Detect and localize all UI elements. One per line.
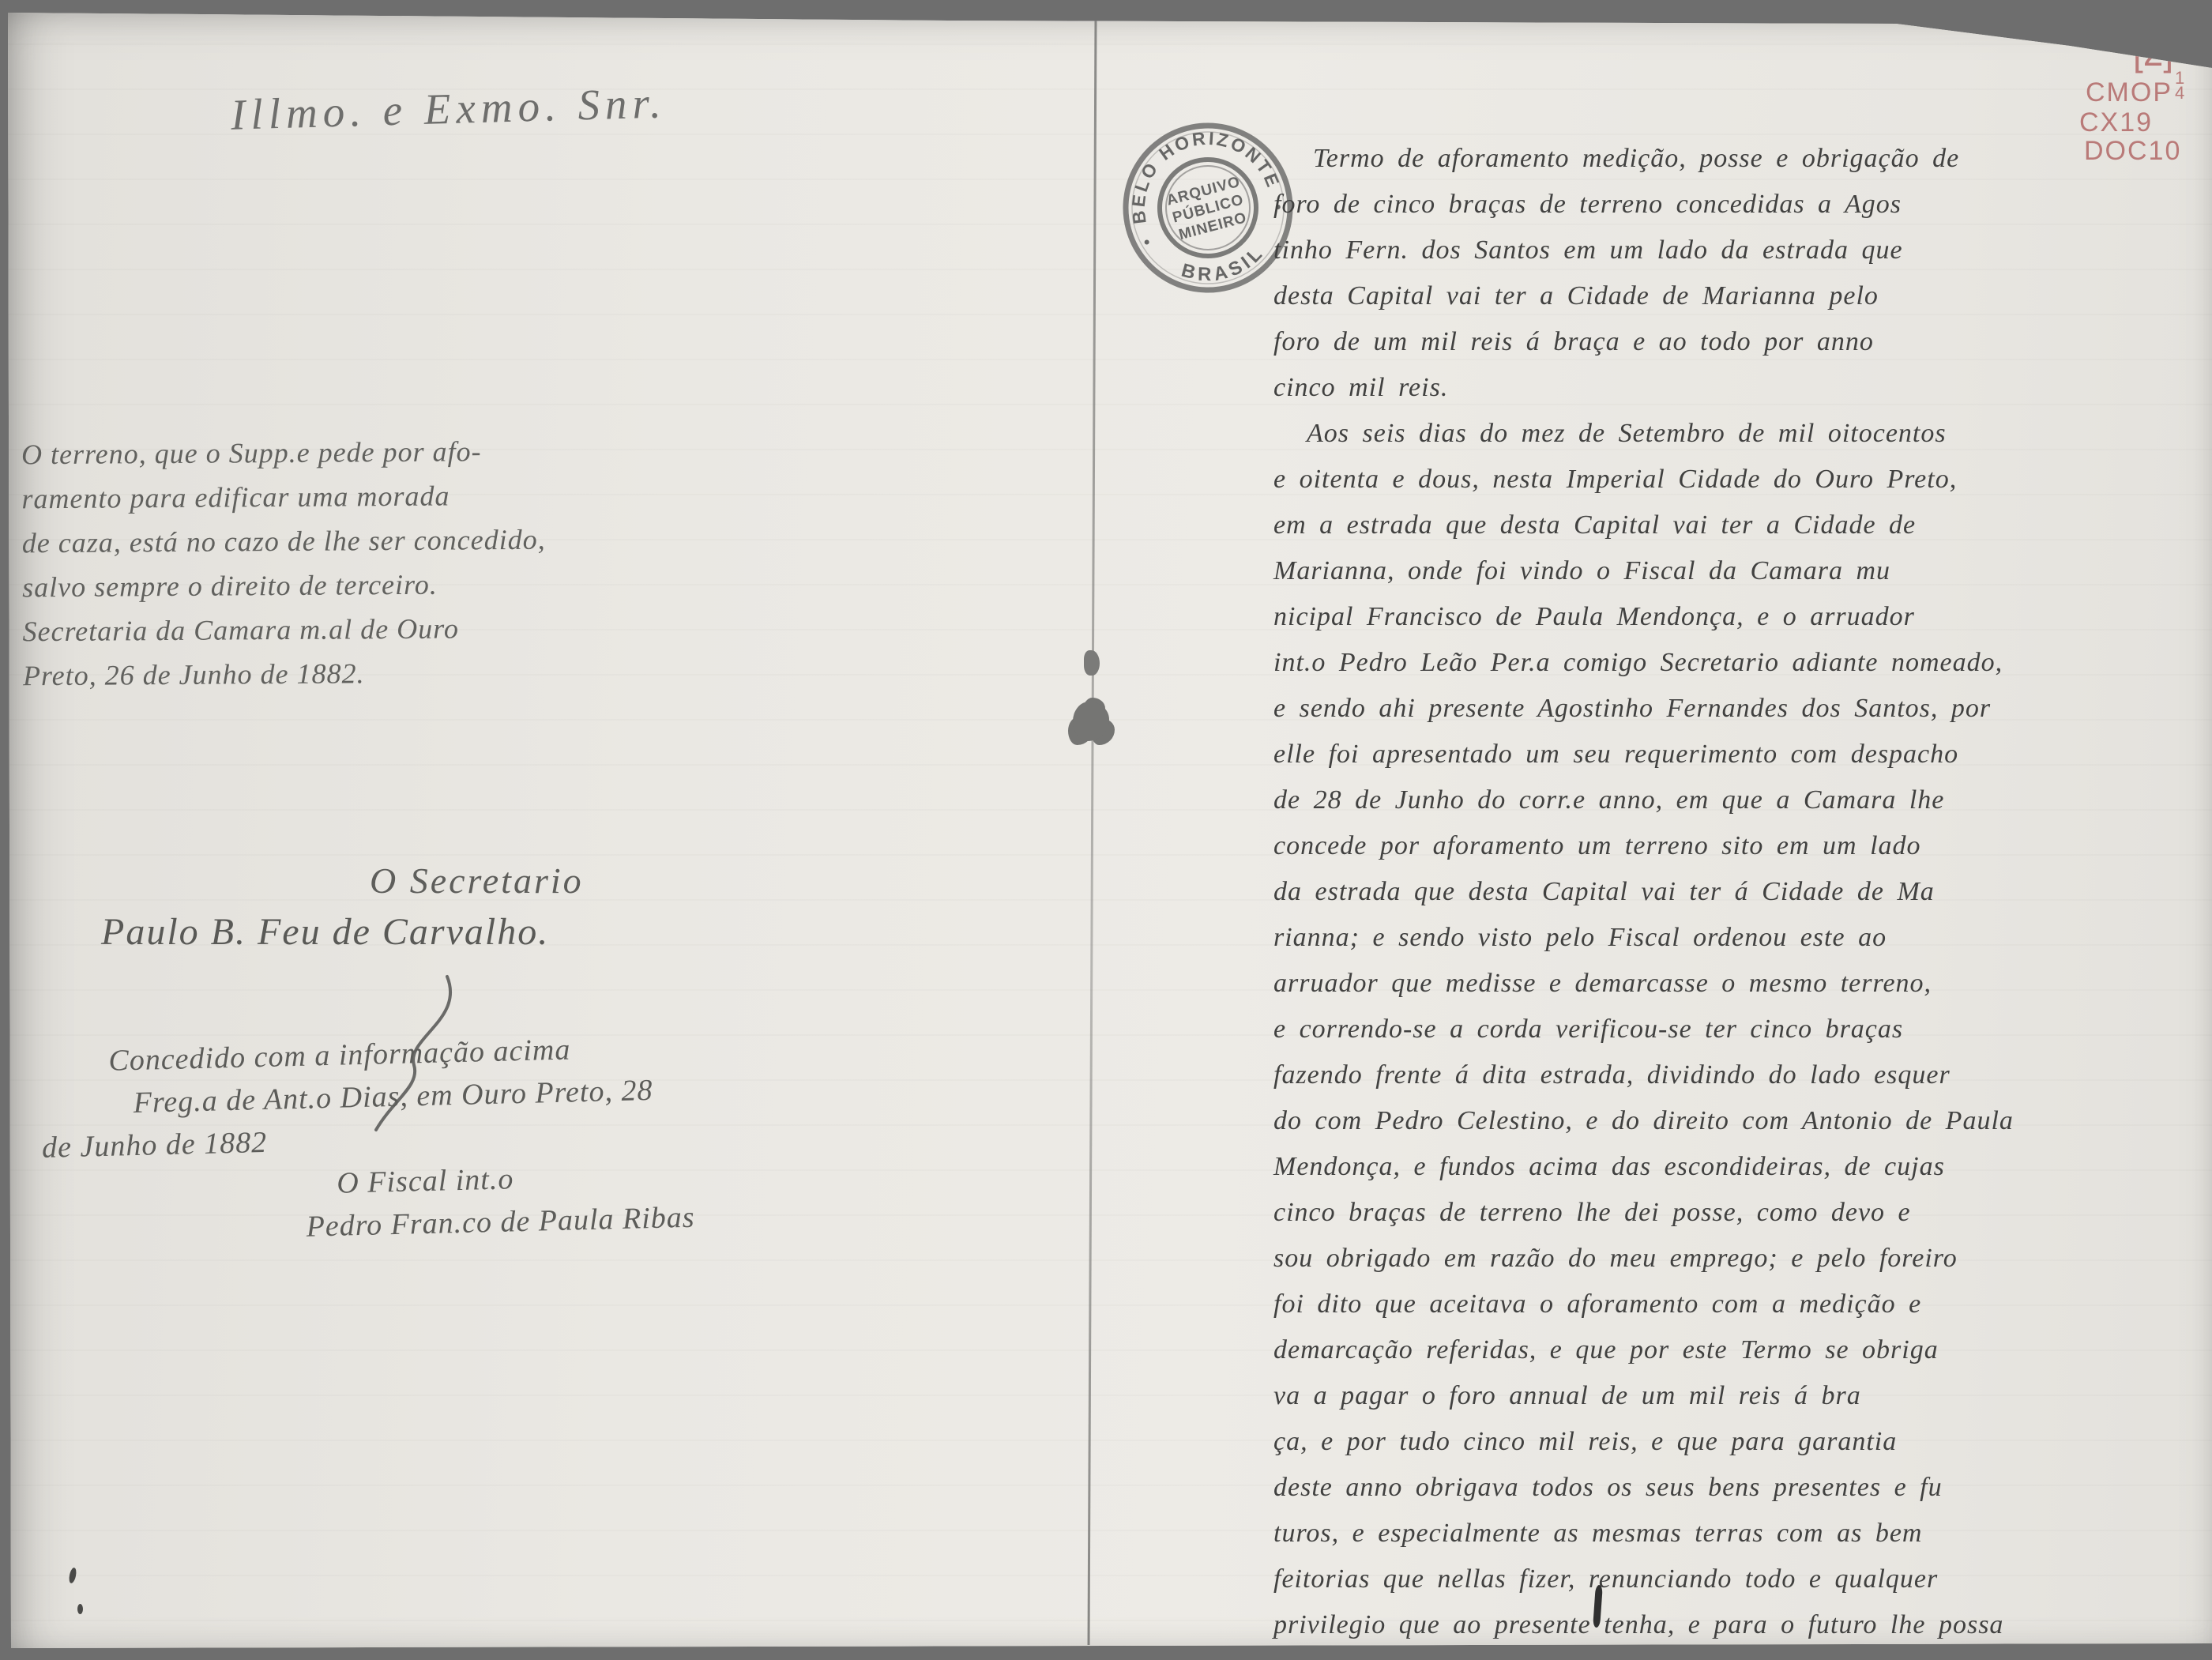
term-line: arruador que medisse e demarcasse o mesm… (1273, 961, 2014, 1007)
term-line: nicipal Francisco de Paula Mendonça, e o… (1273, 594, 2014, 640)
term-line: do com Pedro Celestino, e do direito com… (1273, 1098, 2014, 1144)
term-line: cinco mil reis. (1273, 365, 2014, 411)
term-line: da estrada que desta Capital vai ter á C… (1273, 869, 2014, 915)
opinion-paragraph: O terreno, que o Supp.e pede por afo-ram… (21, 429, 547, 698)
term-line: elle foi apresentado um seu requerimento… (1273, 732, 2014, 777)
term-line: foro de um mil reis á braça e ao todo po… (1273, 319, 2014, 365)
term-line: Termo de aforamento medição, posse e obr… (1273, 136, 2014, 182)
term-line: rianna; e sendo visto pelo Fiscal ordeno… (1273, 915, 2014, 961)
term-line: tinho Fern. dos Santos em um lado da est… (1273, 228, 2014, 273)
collection-code: CMOP (2086, 77, 2172, 107)
term-line: int.o Pedro Leão Per.a comigo Secretario… (1273, 640, 2014, 686)
term-line: cinco braças de terreno lhe dei posse, c… (1273, 1190, 2014, 1236)
ink-blot-small (1084, 650, 1100, 676)
ink-speck (77, 1604, 83, 1614)
term-line: e oitenta e dous, nesta Imperial Cidade … (1273, 457, 2014, 503)
term-line: demarcação referidas, e que por este Ter… (1273, 1327, 2014, 1373)
opinion-line: ramento para edificar uma morada (21, 473, 545, 521)
opinion-line: Secretaria da Camara m.al de Ouro (22, 606, 546, 654)
opinion-line: Preto, 26 de Junho de 1882. (23, 650, 547, 698)
term-line: foro de cinco braças de terreno concedid… (1273, 182, 2014, 228)
term-line: feitorias que nellas fizer, renunciando … (1273, 1556, 2014, 1602)
term-line: desta Capital vai ter a Cidade de Marian… (1273, 273, 2014, 319)
term-line: va a pagar o foro annual de um mil reis … (1273, 1373, 2014, 1419)
term-line: ça, e por tudo cinco mil reis, e que par… (1273, 1419, 2014, 1465)
stamp-dot-left (1144, 239, 1149, 245)
term-line: turos, e especialmente as mesmas terras … (1273, 1511, 2014, 1556)
document-paper: Illmo. e Exmo. Snr. O terreno, que o Sup… (0, 0, 2212, 1660)
doc-mark: DOC10 (2084, 136, 2181, 167)
dispatch-note: Concedido com a informação acimaFreg.a d… (25, 1026, 695, 1255)
term-line: deste anno obrigava todos os seus bens p… (1273, 1465, 2014, 1511)
secretary-signature: Paulo B. Feu de Carvalho. (101, 910, 549, 954)
term-line: privilegio que ao presente tenha, e para… (1273, 1602, 2014, 1648)
term-line: e correndo-se a corda verificou-se ter c… (1273, 1007, 2014, 1052)
page-number-mark: [2] (2133, 32, 2173, 74)
opinion-line: de caza, está no cazo de lhe ser concedi… (22, 518, 546, 566)
term-line: Aos seis dias do mez de Setembro de mil … (1273, 411, 2014, 457)
collection-fraction: 14 (2175, 70, 2186, 100)
term-line: Marianna, onde foi vindo o Fiscal da Cam… (1273, 548, 2014, 594)
opinion-line: O terreno, que o Supp.e pede por afo- (21, 429, 545, 477)
secretary-role: O Secretario (370, 860, 584, 902)
term-line: de 28 de Junho do corr.e anno, em que a … (1273, 777, 2014, 823)
scan-canvas: Illmo. e Exmo. Snr. O terreno, que o Sup… (0, 0, 2212, 1660)
term-line: sou obrigado em razão do meu emprego; e … (1273, 1236, 2014, 1282)
collection-mark: CMOP14 (2086, 77, 2186, 108)
term-line: Mendonça, e fundos acima das escondideir… (1273, 1144, 2014, 1190)
term-line: e sendo ahi presente Agostinho Fernandes… (1273, 686, 2014, 732)
term-line: fazendo frente á dita estrada, dividindo… (1273, 1052, 2014, 1098)
collection-fraction-bottom: 4 (2175, 85, 2186, 100)
term-line: em a estrada que desta Capital vai ter a… (1273, 503, 2014, 548)
archive-stamp: BELO HORIZONTE BRASIL ARQUIVO PÚBLICO MI… (1115, 115, 1300, 300)
opinion-line: salvo sempre o direito de terceiro. (22, 562, 546, 610)
term-line: concede por aforamento um terreno sito e… (1273, 823, 2014, 869)
term-line: foi dito que aceitava o aforamento com a… (1273, 1282, 2014, 1327)
term-text: Termo de aforamento medição, posse e obr… (1273, 136, 2014, 1648)
box-mark: CX19 (2079, 107, 2153, 138)
